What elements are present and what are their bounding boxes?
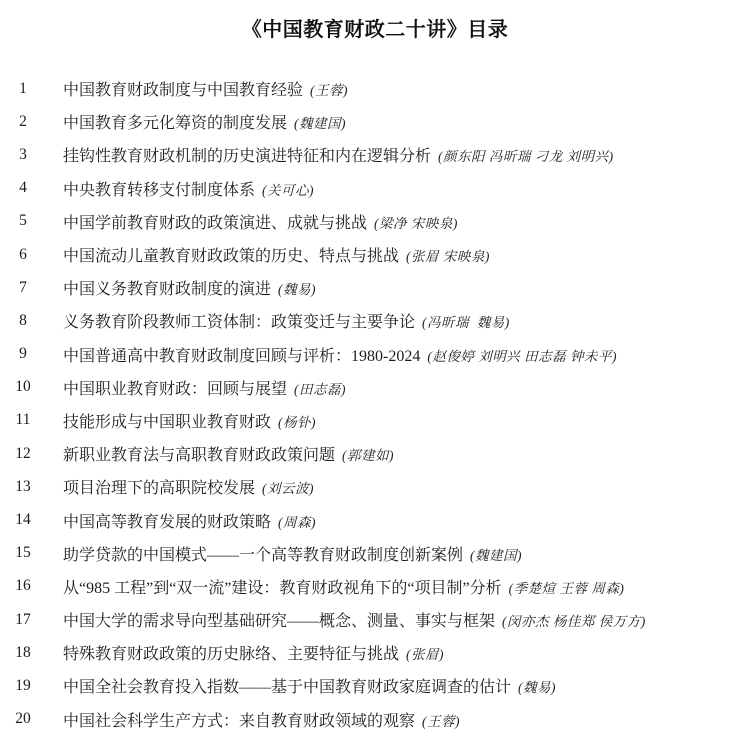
toc-item-title: 中国全社会教育投入指数——基于中国教育财政家庭调查的估计 xyxy=(63,679,511,696)
toc-item: 19 中国全社会教育投入指数——基于中国教育财政家庭调查的估计(魏易) xyxy=(0,669,750,702)
toc-item-authors: (魏易) xyxy=(518,680,556,695)
toc-item-text: 中国学前教育财政的政策演进、成就与挑战(梁净 宋映泉) xyxy=(63,210,458,233)
toc-item-authors: (刘云波) xyxy=(262,481,314,496)
toc-item: 1 中国教育财政制度与中国教育经验(王蓉) xyxy=(0,72,750,105)
toc-item-number: 10 xyxy=(5,378,41,396)
toc-item-title: 中国大学的需求导向型基础研究——概念、测量、事实与框架 xyxy=(63,613,495,630)
toc-item-text: 挂钩性教育财政机制的历史演进特征和内在逻辑分析(颜东阳 冯昕瑞 刁龙 刘明兴) xyxy=(63,143,614,166)
toc-item-authors: (魏建国) xyxy=(470,548,522,563)
toc-item-text: 新职业教育法与高职教育财政政策问题(郭建如) xyxy=(63,442,394,465)
toc-item-number: 15 xyxy=(5,544,41,562)
toc-item-authors: (魏易) xyxy=(278,282,316,297)
toc-item: 4 中央教育转移支付制度体系(关可心) xyxy=(0,172,750,205)
toc-item: 13 项目治理下的高职院校发展(刘云波) xyxy=(0,470,750,503)
toc-item-title: 中国教育财政制度与中国教育经验 xyxy=(63,82,303,99)
toc-item-text: 特殊教育财政政策的历史脉络、主要特征与挑战(张眉) xyxy=(63,641,444,664)
toc-item-number: 19 xyxy=(5,677,41,695)
toc-item-title: 中国流动儿童教育财政政策的历史、特点与挑战 xyxy=(63,248,399,265)
toc-item-authors: (张眉) xyxy=(406,647,444,662)
toc-item-title: 技能形成与中国职业教育财政 xyxy=(63,414,271,431)
toc-item-number: 1 xyxy=(5,80,41,98)
toc-item-text: 中国义务教育财政制度的演进(魏易) xyxy=(63,276,316,299)
toc-item-number: 17 xyxy=(5,611,41,629)
toc-item-number: 16 xyxy=(5,577,41,595)
toc-item-text: 中国职业教育财政：回顾与展望(田志磊) xyxy=(63,376,346,399)
toc-item-text: 中国普通高中教育财政制度回顾与评析：1980-2024(赵俊婷 刘明兴 田志磊 … xyxy=(63,343,617,366)
toc-item: 15 助学贷款的中国模式——一个高等教育财政制度创新案例(魏建国) xyxy=(0,537,750,570)
toc-item-number: 2 xyxy=(5,113,41,131)
toc-item-number: 8 xyxy=(5,312,41,330)
toc-item-title: 中国学前教育财政的政策演进、成就与挑战 xyxy=(63,215,367,232)
toc-item: 20 中国社会科学生产方式：来自教育财政领域的观察(王蓉) xyxy=(0,703,750,736)
toc-item-number: 3 xyxy=(5,146,41,164)
toc-item: 8 义务教育阶段教师工资体制：政策变迁与主要争论(冯昕瑞 魏易) xyxy=(0,304,750,337)
toc-item-title: 中国教育多元化筹资的制度发展 xyxy=(63,115,287,132)
toc-item-title: 挂钩性教育财政机制的历史演进特征和内在逻辑分析 xyxy=(63,148,431,165)
toc-item-authors: (郭建如) xyxy=(342,448,394,463)
toc-item-title: 从“985 工程”到“双一流”建设：教育财政视角下的“项目制”分析 xyxy=(63,580,502,597)
toc-item-authors: (闵亦杰 杨佳郑 侯万方) xyxy=(502,614,646,629)
toc-item-title: 中国普通高中教育财政制度回顾与评析：1980-2024 xyxy=(63,348,420,365)
toc-item: 16 从“985 工程”到“双一流”建设：教育财政视角下的“项目制”分析(季楚煊… xyxy=(0,570,750,603)
toc-item: 12 新职业教育法与高职教育财政政策问题(郭建如) xyxy=(0,437,750,470)
toc-item-text: 中国社会科学生产方式：来自教育财政领域的观察(王蓉) xyxy=(63,708,460,731)
toc-item: 9 中国普通高中教育财政制度回顾与评析：1980-2024(赵俊婷 刘明兴 田志… xyxy=(0,338,750,371)
toc-item: 5 中国学前教育财政的政策演进、成就与挑战(梁净 宋映泉) xyxy=(0,205,750,238)
toc-item-number: 4 xyxy=(5,179,41,197)
toc-item-number: 6 xyxy=(5,246,41,264)
toc-item-authors: (关可心) xyxy=(262,183,314,198)
toc-item-text: 从“985 工程”到“双一流”建设：教育财政视角下的“项目制”分析(季楚煊 王蓉… xyxy=(63,575,624,598)
toc-item-authors: (颜东阳 冯昕瑞 刁龙 刘明兴) xyxy=(438,149,614,164)
toc-item-text: 中国高等教育发展的财政策略(周森) xyxy=(63,509,316,532)
toc-item: 10 中国职业教育财政：回顾与展望(田志磊) xyxy=(0,371,750,404)
toc-item-title: 中国职业教育财政：回顾与展望 xyxy=(63,381,287,398)
toc-item-authors: (王蓉) xyxy=(310,83,348,98)
toc-item-title: 中国社会科学生产方式：来自教育财政领域的观察 xyxy=(63,713,415,730)
toc-item: 17 中国大学的需求导向型基础研究——概念、测量、事实与框架(闵亦杰 杨佳郑 侯… xyxy=(0,603,750,636)
toc-page: 《中国教育财政二十讲》目录 1 中国教育财政制度与中国教育经验(王蓉) 2 中国… xyxy=(0,0,750,42)
toc-item-authors: (赵俊婷 刘明兴 田志磊 钟未平) xyxy=(427,349,617,364)
toc-item-authors: (田志磊) xyxy=(294,382,346,397)
toc-item-title: 项目治理下的高职院校发展 xyxy=(63,480,255,497)
toc-item-number: 9 xyxy=(5,345,41,363)
toc-item-authors: (杨钋) xyxy=(278,415,316,430)
page-title: 《中国教育财政二十讲》目录 xyxy=(0,0,750,42)
toc-item-text: 中国教育多元化筹资的制度发展(魏建国) xyxy=(63,110,346,133)
toc-list: 1 中国教育财政制度与中国教育经验(王蓉) 2 中国教育多元化筹资的制度发展(魏… xyxy=(0,72,750,736)
toc-item-number: 7 xyxy=(5,279,41,297)
toc-item-title: 助学贷款的中国模式——一个高等教育财政制度创新案例 xyxy=(63,547,463,564)
toc-item-authors: (魏建国) xyxy=(294,116,346,131)
toc-item-title: 新职业教育法与高职教育财政政策问题 xyxy=(63,447,335,464)
toc-item: 14 中国高等教育发展的财政策略(周森) xyxy=(0,503,750,536)
toc-item-authors: (周森) xyxy=(278,515,316,530)
toc-item-text: 中国教育财政制度与中国教育经验(王蓉) xyxy=(63,77,348,100)
toc-item: 2 中国教育多元化筹资的制度发展(魏建国) xyxy=(0,105,750,138)
toc-item-authors: (梁净 宋映泉) xyxy=(374,216,458,231)
toc-item-title: 特殊教育财政政策的历史脉络、主要特征与挑战 xyxy=(63,646,399,663)
toc-item-title: 义务教育阶段教师工资体制：政策变迁与主要争论 xyxy=(63,314,415,331)
toc-item-text: 中国全社会教育投入指数——基于中国教育财政家庭调查的估计(魏易) xyxy=(63,674,556,697)
toc-item: 6 中国流动儿童教育财政政策的历史、特点与挑战(张眉 宋映泉) xyxy=(0,238,750,271)
toc-item-number: 14 xyxy=(5,511,41,529)
toc-item: 18 特殊教育财政政策的历史脉络、主要特征与挑战(张眉) xyxy=(0,636,750,669)
toc-item-authors: (冯昕瑞 魏易) xyxy=(422,315,510,330)
toc-item-number: 13 xyxy=(5,478,41,496)
toc-item-title: 中国义务教育财政制度的演进 xyxy=(63,281,271,298)
toc-item-title: 中国高等教育发展的财政策略 xyxy=(63,514,271,531)
toc-item-authors: (季楚煊 王蓉 周森) xyxy=(509,581,625,596)
toc-item-text: 中国流动儿童教育财政政策的历史、特点与挑战(张眉 宋映泉) xyxy=(63,243,490,266)
toc-item-number: 20 xyxy=(5,710,41,728)
toc-item-authors: (张眉 宋映泉) xyxy=(406,249,490,264)
toc-item-number: 12 xyxy=(5,445,41,463)
toc-item-number: 5 xyxy=(5,212,41,230)
toc-item: 7 中国义务教育财政制度的演进(魏易) xyxy=(0,271,750,304)
toc-item-text: 技能形成与中国职业教育财政(杨钋) xyxy=(63,409,316,432)
toc-item: 11 技能形成与中国职业教育财政(杨钋) xyxy=(0,404,750,437)
toc-item: 3 挂钩性教育财政机制的历史演进特征和内在逻辑分析(颜东阳 冯昕瑞 刁龙 刘明兴… xyxy=(0,138,750,171)
toc-item-title: 中央教育转移支付制度体系 xyxy=(63,182,255,199)
toc-item-number: 11 xyxy=(5,411,41,429)
toc-item-text: 义务教育阶段教师工资体制：政策变迁与主要争论(冯昕瑞 魏易) xyxy=(63,309,510,332)
toc-item-authors: (王蓉) xyxy=(422,714,460,729)
toc-item-number: 18 xyxy=(5,644,41,662)
toc-item-text: 中央教育转移支付制度体系(关可心) xyxy=(63,177,314,200)
toc-item-text: 中国大学的需求导向型基础研究——概念、测量、事实与框架(闵亦杰 杨佳郑 侯万方) xyxy=(63,608,646,631)
toc-item-text: 助学贷款的中国模式——一个高等教育财政制度创新案例(魏建国) xyxy=(63,542,522,565)
toc-item-text: 项目治理下的高职院校发展(刘云波) xyxy=(63,475,314,498)
